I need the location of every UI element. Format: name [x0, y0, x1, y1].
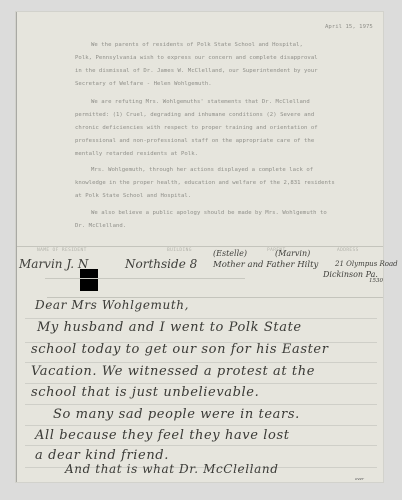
resident-name: Marvin J. N: [19, 257, 88, 271]
typed-line: mentally retarded residents at Polk.: [75, 151, 198, 157]
letter-line: school today to get our son for his East…: [31, 342, 329, 357]
ruled-line: [25, 425, 377, 426]
typed-line: permitted: (1) Cruel, degrading and inhu…: [75, 112, 314, 118]
salutation: Dear Mrs Wohlgemuth,: [35, 298, 189, 312]
ruled-line: [25, 362, 377, 363]
typed-line: We are refuting Mrs. Wohlgemuths' statem…: [91, 99, 310, 105]
typed-line: Secretary of Welfare - Helen Wohlgemuth.: [75, 81, 212, 87]
redaction-box: [80, 269, 98, 291]
typed-line: Dr. McClelland.: [75, 223, 126, 229]
ruled-line: [25, 445, 377, 446]
letter-line: a dear kind friend.: [35, 448, 169, 463]
ruled-line: [25, 404, 377, 405]
typed-line: at Polk State School and Hospital.: [75, 193, 191, 199]
scanned-document-page: April 15, 1975 We the parents of residen…: [16, 12, 383, 482]
address-line-1: 21 Olympus Road: [335, 260, 398, 268]
handwritten-letter: Dear Mrs Wohlgemuth, My husband and I we…: [17, 304, 383, 479]
typed-line: chronic deficiencies with respect to pro…: [75, 125, 318, 131]
letter-date: April 15, 1975: [325, 24, 373, 30]
typed-line: Mrs. Wohlgemuth, through her actions dis…: [91, 167, 313, 173]
label-address: ADDRESS: [337, 248, 359, 253]
typed-line: We the parents of residents of Polk Stat…: [91, 42, 303, 48]
underline: [45, 278, 245, 279]
typed-line: knowledge in the proper health, educatio…: [75, 180, 335, 186]
letter-line: Vacation. We witnessed a protest at the: [31, 364, 315, 379]
letter-line: school that is just unbelievable.: [31, 385, 259, 400]
letter-line: So many sad people were in tears.: [53, 407, 300, 422]
divider: [17, 246, 383, 247]
signature-form-row: NAME OF RESIDENT BUILDING PARENT ADDRESS…: [17, 244, 383, 294]
letter-line: And that is what Dr. McClelland: [65, 462, 278, 476]
label-name-of-resident: NAME OF RESIDENT: [37, 248, 87, 253]
typed-line: in the dismissal of Dr. James W. McClell…: [75, 68, 318, 74]
letter-line: My husband and I went to Polk State: [37, 320, 302, 335]
ruled-line: [25, 383, 377, 384]
building-value: Northside 8: [125, 257, 197, 271]
parent-annotation-left: (Estelle): [213, 249, 247, 258]
typed-line: We also believe a public apology should …: [91, 210, 327, 216]
typed-line: professional and non-professional staff …: [75, 138, 314, 144]
label-building: BUILDING: [167, 248, 192, 253]
parent-annotation-right: (Marvin): [275, 249, 310, 258]
typed-line: Polk, Pennsylvania wish to express our c…: [75, 55, 318, 61]
continuation-mark: over: [355, 476, 364, 481]
address-zip: 1530: [369, 278, 383, 284]
ruled-line: [25, 318, 377, 319]
parent-value: Mother and Father Hilty: [213, 260, 318, 270]
letter-line: All because they feel they have lost: [35, 428, 290, 443]
